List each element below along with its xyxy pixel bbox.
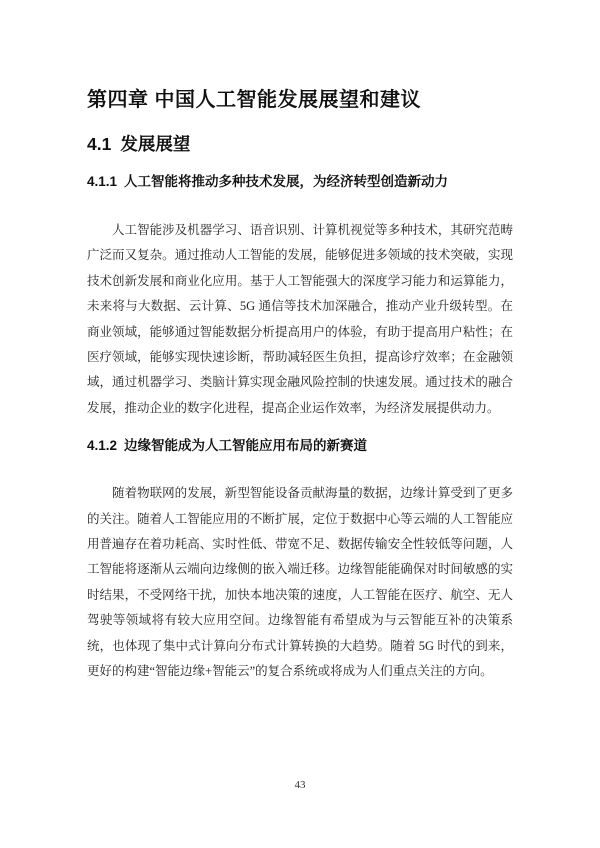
subsection-1-number: 4.1.1	[87, 173, 117, 191]
subsection-heading-2: 4.1.2边缘智能成为人工智能应用布局的新赛道	[87, 437, 513, 455]
subsection-1-title: 人工智能将推动多种技术发展，为经济转型创造新动力	[124, 174, 448, 189]
paragraph-1: 人工智能涉及机器学习、语音识别、计算机视觉等多种技术，其研究范畴广泛而又复杂。通…	[87, 218, 513, 421]
paragraph-2: 随着物联网的发展，新型智能设备贡献海量的数据，边缘计算受到了更多的关注。随着人工…	[87, 481, 513, 684]
subsection-heading-1: 4.1.1人工智能将推动多种技术发展，为经济转型创造新动力	[87, 173, 513, 191]
chapter-heading: 第四章 中国人工智能发展展望和建议	[87, 87, 513, 113]
document-page: 第四章 中国人工智能发展展望和建议 4.1发展展望 4.1.1人工智能将推动多种…	[0, 0, 600, 848]
page-footer: 43	[0, 779, 600, 791]
section-heading: 4.1发展展望	[87, 133, 513, 155]
section-number: 4.1	[87, 133, 111, 155]
page-content: 第四章 中国人工智能发展展望和建议 4.1发展展望 4.1.1人工智能将推动多种…	[0, 0, 600, 685]
subsection-2-number: 4.1.2	[87, 437, 117, 455]
section-title: 发展展望	[120, 134, 190, 154]
page-number: 43	[295, 779, 306, 791]
subsection-2-title: 边缘智能成为人工智能应用布局的新赛道	[124, 438, 367, 453]
